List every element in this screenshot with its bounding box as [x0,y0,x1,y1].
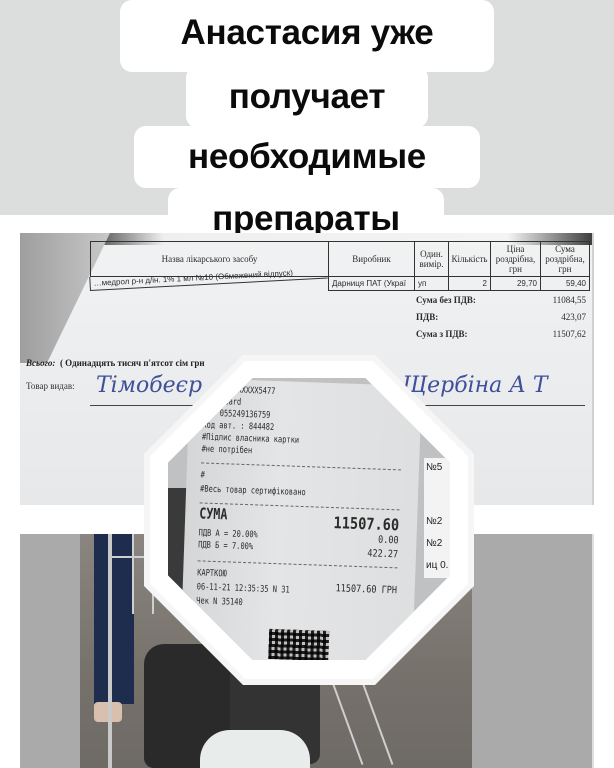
issued-label: Товар видав: [26,381,75,391]
receipt-vat-b: ПДВ Б = 7.00% [198,540,253,553]
receipt-line: #Весь товар сертифіковано [200,484,306,499]
row-qty: 2 [448,277,490,291]
total-words-value: ( Одинадцять тисяч п'ятсот сім грн [60,358,205,368]
document-edge: №5 №2 №2 иц 0. [424,458,450,578]
total-in-words: Всього: ( Одинадцять тисяч п'ятсот сім г… [26,358,205,368]
total-value: 423,07 [561,312,586,329]
total-label: ПДВ: [416,312,438,329]
header-sum: Сума роздрібна, грн [540,241,590,277]
invoice-table: Назва лікарського засобу Виробник Один. … [90,241,592,299]
header-unit: Один. вимір. [414,241,448,277]
total-words-label: Всього: [26,358,55,368]
edge-text: №2 [426,516,442,527]
receipt-divider [200,502,400,510]
row-sum: 59,40 [540,277,590,291]
receipt-sum-value: 11507.60 [333,513,399,534]
header-price: Ціна роздрібна, грн [490,241,540,277]
total-row: Сума без ПДВ:11084,55 [416,295,586,312]
signature-2: Щербіна А Т [402,373,548,398]
receipt-sum-label: СУМА [199,508,228,520]
edge-text: иц 0. [426,560,448,571]
receipt-line: #не потрібен [201,444,252,457]
receipt-payment-label: КАРТКОЮ [197,568,227,580]
header-qty: Кількість [448,241,490,277]
qr-code-icon [268,629,329,660]
caption-line-1: Анастасия уже [120,0,494,72]
total-value: 11084,55 [553,295,586,312]
total-label: Сума з ПДВ: [416,329,468,346]
caption-stickers: Анастасия уже получает необходимые препа… [0,0,614,240]
total-row: ПДВ:423,07 [416,312,586,329]
total-label: Сума без ПДВ: [416,295,476,312]
receipt-line: # [200,470,205,481]
receipt-vat-a-value: 0.00 [378,535,399,547]
receipt-payment-value: 11507.60 ГРН [335,583,397,596]
receipt-divider [201,462,401,470]
caption-line-2: получает [186,66,428,128]
caption-line-3: необходимые [134,126,480,188]
row-maker: Дарниця ПАТ (Украї [328,277,414,291]
header-maker: Виробник [328,241,414,277]
receipt-vat-a: ПДВ А = 20.00% [198,528,258,541]
receipt-datetime: 06-11-21 12:35:35 N 31 [196,582,289,596]
receipt-vat-b-value: 422.27 [367,548,398,560]
white-bag [200,730,310,768]
total-value: 11507,62 [553,329,586,346]
edge-text: №2 [426,538,442,549]
signature-1: Тімобеєр [96,373,202,398]
cart-wire [132,534,134,614]
row-price: 29,70 [490,277,540,291]
receipt-paper: XXXXXXXXXXXXX5477 asterCard AN: 05524913… [180,378,422,660]
receipt-check-number: Чек N 35140 [196,596,243,609]
edge-text: №5 [426,462,442,473]
invoice-totals: Сума без ПДВ:11084,55 ПДВ:423,07 Сума з … [416,295,586,346]
receipt-divider [198,560,398,568]
row-unit: уп [414,277,448,291]
total-row: Сума з ПДВ:11507,62 [416,329,586,346]
